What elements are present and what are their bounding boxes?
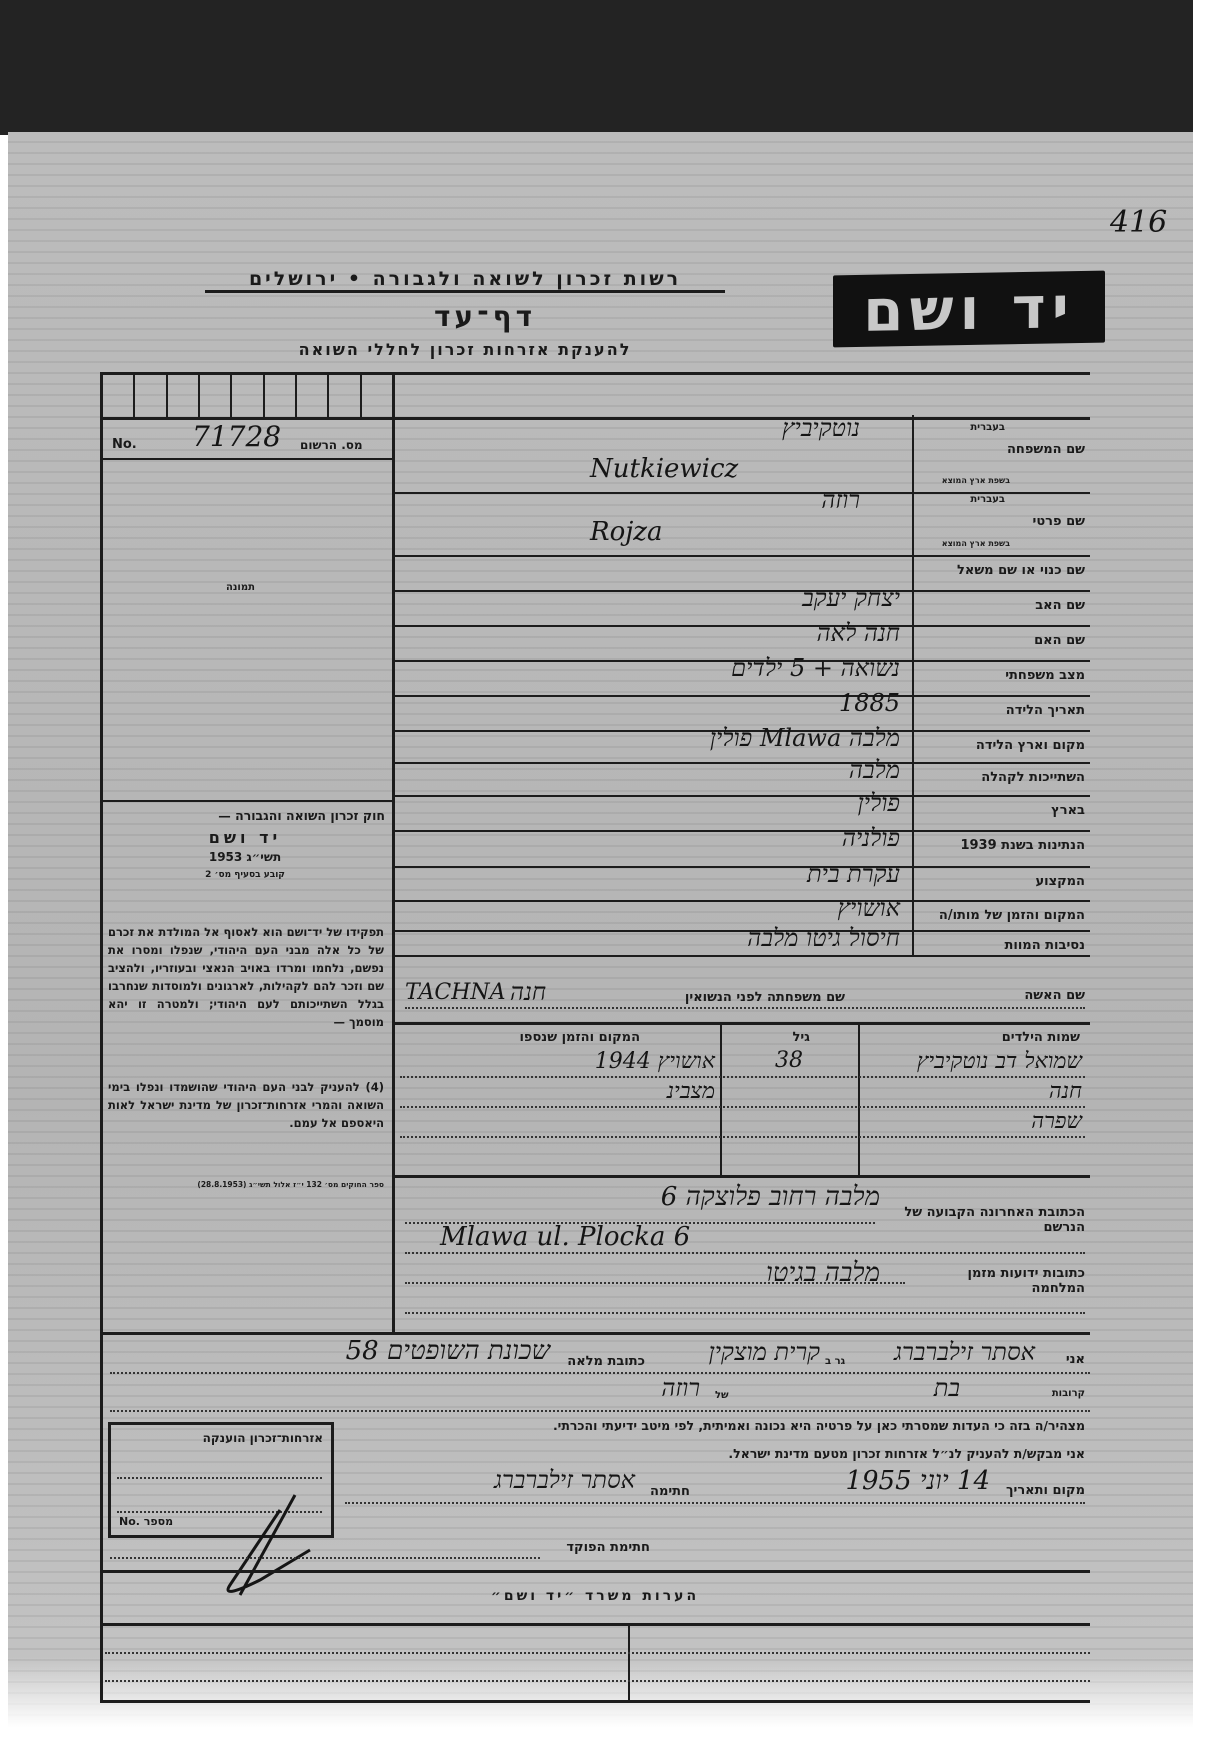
field-value-latin: Nutkiewicz [590,454,738,484]
label-column-divider [912,415,914,955]
field-label: מקום וארץ הלידה [915,738,1085,753]
officer-signature-scribble [200,1490,320,1600]
field-label: הנתינות בשנת 1939 [915,838,1085,853]
field-sublabel-hebrew: בעברית [935,422,1005,433]
registration-no-label: No. [112,437,137,452]
registration-line [103,458,392,460]
field-sublabel-origin: בשפת ארץ המוצא [920,476,1010,485]
field-value: חנה לאה [400,619,900,648]
field-label: נסיבות המוות [915,938,1085,953]
wartime-address-label: כתובות ידועות מזמן המלחמה [925,1266,1085,1296]
scan-dark-band [0,0,1193,135]
declarant-relation: בת [880,1374,960,1403]
law-section: קובע בסעיף מס׳ 2 [105,870,385,880]
field-sublabel-origin: בשפת ארץ המוצא [920,539,1010,548]
children-col-2 [858,1022,860,1175]
left-panel-divider [392,372,395,1332]
spouse-top-line [395,955,1090,957]
child-name: שפרה [862,1108,1082,1134]
spouse-maiden-name: TACHNA [405,980,506,1005]
field-label: שם האם [915,633,1085,648]
children-bottom-line [395,1175,1090,1178]
field-label: מצב משפחתי [915,668,1085,683]
field-value: עקרת בית [400,860,900,889]
registration-label: מס. הרשום [300,438,363,452]
photo-label: תמונה [226,582,255,593]
relation-dots [110,1410,1090,1412]
field-label: תאריך הלידה [915,703,1085,718]
signature-label: חתימה [640,1484,690,1499]
field-label: בארץ [915,803,1085,818]
field-value: 1885 [400,689,900,717]
place-date-label: מקום ותאריך [1000,1483,1085,1498]
children-col-1 [720,1022,722,1175]
children-top-line [395,1022,1090,1025]
declarant-of-value: רוזה [560,1374,700,1403]
law-paragraph-1: תפקידו של יד־ושם הוא לאסוף אל המולדת את … [108,923,384,1031]
field-value: רוזה [400,486,860,515]
stamp-dots-1 [117,1477,322,1479]
last-address-value: מלבה רחוב פלוצקה 6 [460,1182,880,1212]
relation-label: קרובות [1020,1388,1085,1399]
address-dots-2 [405,1252,1085,1254]
field-value-latin: Rojza [590,517,663,547]
field-value: נוטקיביץ [400,414,860,443]
form-subtitle: להענקת אזרחות זכרון לחללי השואה [230,340,700,359]
field-label: שם פרטי [915,514,1085,529]
wartime-dots [405,1282,905,1284]
law-year: תשי״ג 1953 [105,850,385,864]
field-label: שם כנוי או שם משאל [915,563,1085,578]
last-address-label: הכתובת האחרונה הקבועה של הנרשם [890,1205,1085,1235]
address-dots-4 [405,1312,1085,1314]
law-source: ספר החוקים מס׳ 132 י״ז אלול תשי״ג (28.8.… [108,1180,384,1189]
declaration-top-line [100,1332,1090,1335]
declarant-signature: אסתר זילברברג [345,1466,635,1495]
field-label: השתייכות לקהלה [915,770,1085,785]
notes-dots-1 [105,1652,1090,1654]
spouse-label: שם האשה [1010,988,1085,1003]
notes-row-line [100,1623,1090,1626]
notes-label: הערות משרד ״יד ושם״ [480,1588,710,1604]
officer-signature-label: חתימת הפוקד [540,1540,650,1555]
notes-top-line [100,1570,1090,1573]
field-value: מלבה [400,756,900,785]
field-value: פולין [400,789,900,818]
field-value: פולניה [400,824,900,853]
law-box-top [103,800,392,802]
declarant-i-label: אני [1040,1352,1085,1367]
registration-digit-boxes [103,375,392,417]
field-label: שם האב [915,598,1085,613]
child-place-time: אושויץ 1944 [400,1048,715,1074]
registration-number: 71728 [192,420,281,453]
yad-vashem-logo: יד ושם [833,271,1105,348]
child-name: שמואל דב נוטקיביץ [862,1048,1082,1074]
of-label: של [715,1390,729,1401]
declaration-date: 14 יוני 1955 [790,1466,990,1496]
field-label: המקום והזמן של מותו/ה [915,908,1085,923]
officer-dots [110,1557,540,1559]
field-label: המקצוע [915,874,1085,889]
last-address-latin: Mlawa ul. Plocka 6 [440,1222,690,1252]
corner-mark: 416 [1110,205,1167,240]
children-age-header: גיל [770,1030,810,1045]
field-sublabel-hebrew: בעברית [935,494,1005,505]
full-address-label: כתובת מלאה [555,1354,645,1369]
declaration-statement-2: אני מבקש/ת להעניק לנ״ל אזרחות זכרון מטעם… [560,1446,1085,1461]
field-row-line [395,555,1090,557]
authority-title: רשות זכרון לשואה ולגבורה • ירושלים [205,268,725,293]
child-age: 38 [724,1048,854,1073]
children-row-dots [400,1136,1085,1138]
frame-left [100,372,103,1702]
law-title: חוק זכרון השואה והגבורה — [105,808,385,823]
declarant-full-address: שכונת השופטים 58 [110,1336,550,1366]
declaration-statement-1: מצהיר/ה בזה כי העדות שמסרתי כאן על פרטיה… [420,1418,1085,1433]
spouse-name: חנה [510,978,546,1007]
form-title: דף־עד [360,300,610,333]
field-label: שם המשפחה [915,442,1085,457]
law-paragraph-2: (4) להעניק לבני העם היהודי שהושמדו ונפלו… [108,1078,384,1132]
stamp-title: אזרחות־זכרון הוענקה [203,1431,323,1445]
notes-divider [628,1623,630,1701]
law-org: יד ושם [105,828,385,847]
child-place-time: מצבינ [400,1078,715,1104]
declarant-name: אסתר זילברברג [885,1338,1035,1367]
notes-dots-2 [105,1680,1090,1682]
field-value: אושויץ [400,894,900,923]
field-value: נשואה + 5 ילדים [400,654,900,683]
stamp-no-label: No. מספר [119,1515,173,1528]
frame-bottom [100,1700,1090,1703]
children-place-header: המקום והזמן שנספו [500,1030,640,1045]
field-value: חיסול גיטו מלבה [400,924,900,953]
signature-dots [345,1502,1085,1504]
maiden-name-label: שם משפחתה לפני הנשואין [645,990,845,1005]
resident-label: גר ב [825,1356,845,1367]
children-names-header: שמות הילדים [950,1030,1080,1045]
field-value: מלבה Mlawa פולין [400,724,900,753]
child-name: חנה [862,1078,1082,1104]
declarant-city: קרית מוצקין [650,1338,820,1367]
field-value: יצחק יעקב [400,584,900,613]
spouse-dots [405,1007,1085,1009]
